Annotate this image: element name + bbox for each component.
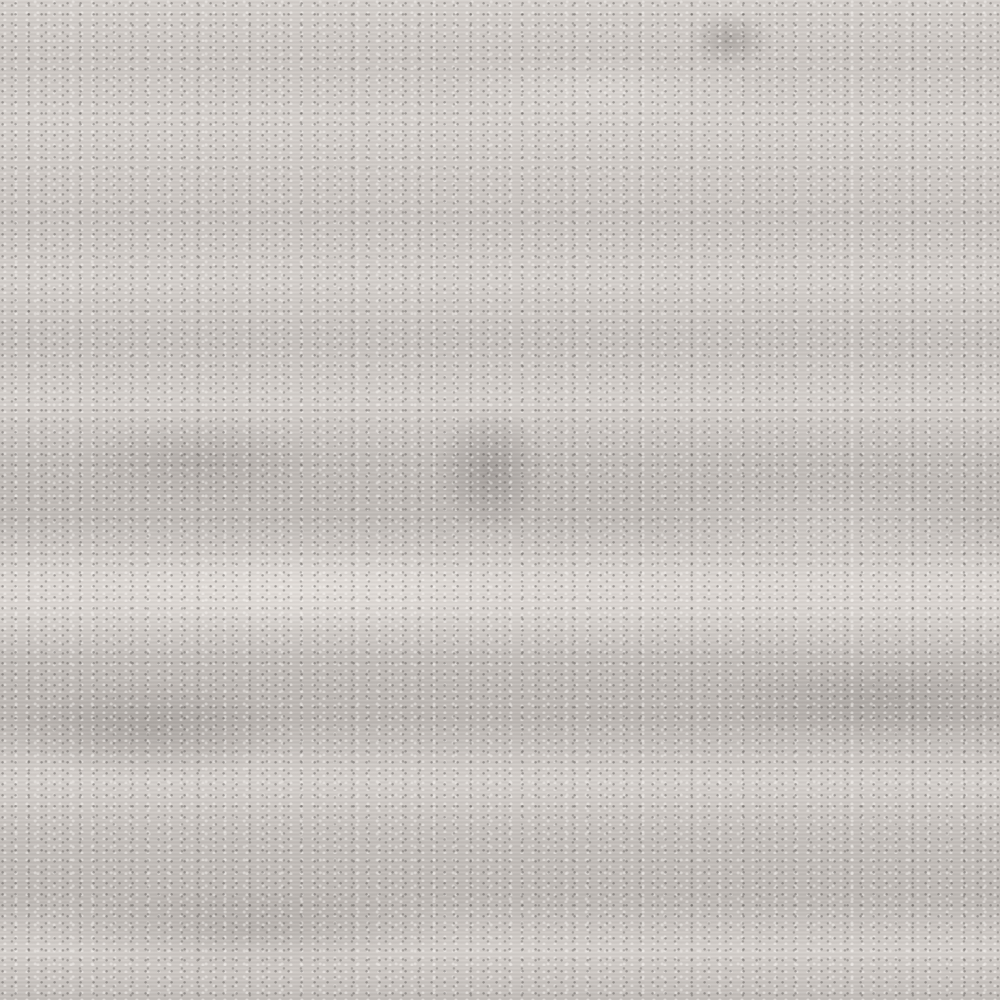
rug-texture-photo xyxy=(0,0,1000,1000)
fiber-speckle xyxy=(0,0,1000,1000)
